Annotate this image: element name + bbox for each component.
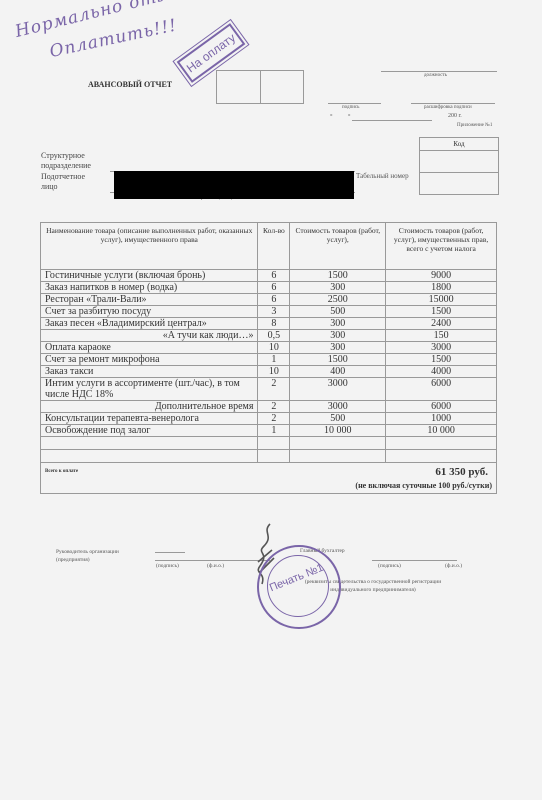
item-total: 150 [386, 330, 497, 342]
item-total: 15000 [386, 294, 497, 306]
date-line [352, 120, 432, 121]
item-name: Заказ песен «Владимирский централ» [41, 318, 258, 330]
item-name: Гостиничные услуги (включая бронь) [41, 270, 258, 282]
table-row: Заказ такси104004000 [41, 366, 497, 378]
item-name: Консультации терапевта-венеролога [41, 413, 258, 425]
item-total: 1500 [386, 354, 497, 366]
item-qty: 10 [258, 342, 290, 354]
head-short-line [155, 552, 185, 553]
item-name: Счет за разбитую посуду [41, 306, 258, 318]
table-row: Заказ песен «Владимирский централ»830024… [41, 318, 497, 330]
item-name: Интим услуги в ассортименте (шт./час), в… [41, 378, 258, 401]
total-note: (не включая суточные 100 руб./сутки) [355, 480, 492, 491]
table-row-empty [41, 437, 497, 450]
table-row: Ресторан «Трали-Вали»6250015000 [41, 294, 497, 306]
accountant-sign-caption: (подпись) [378, 563, 401, 569]
item-qty: 2 [258, 401, 290, 413]
head-label: Руководитель организации (предприятия) [56, 548, 146, 564]
item-qty: 2 [258, 378, 290, 401]
col-header-name: Наименование товара (описание выполненны… [41, 223, 258, 270]
item-name: «А тучи как люди…» [41, 330, 258, 342]
total-sum: 61 350 руб. [435, 467, 488, 478]
col-header-price: Стоимость товаров (работ, услуг), [290, 223, 386, 270]
item-total: 1800 [386, 282, 497, 294]
head-fio-caption: (ф.и.о.) [207, 563, 224, 569]
date-quote-close: » [348, 113, 351, 118]
total-row: Всего к оплате 61 350 руб. (не включая с… [41, 463, 497, 494]
item-total: 10 000 [386, 425, 497, 437]
department-label: Структурное подразделение [41, 151, 101, 171]
item-name: Оплата караоке [41, 342, 258, 354]
item-price: 500 [290, 306, 386, 318]
item-price: 1500 [290, 270, 386, 282]
item-price: 10 000 [290, 425, 386, 437]
item-total: 3000 [386, 342, 497, 354]
table-row: Интим услуги в ассортименте (шт./час), в… [41, 378, 497, 401]
table-row-empty [41, 450, 497, 463]
table-row: Консультации терапевта-венеролога2500100… [41, 413, 497, 425]
item-price: 300 [290, 282, 386, 294]
position-line [381, 71, 497, 72]
item-qty: 8 [258, 318, 290, 330]
item-total: 4000 [386, 366, 497, 378]
item-price: 300 [290, 330, 386, 342]
date-year: 200 г. [448, 113, 462, 119]
tab-number-label: Табельный номер [356, 172, 409, 180]
item-total: 6000 [386, 378, 497, 401]
accountant-fio-caption: (ф.и.о.) [445, 563, 462, 569]
item-qty: 1 [258, 425, 290, 437]
position-caption: должность [424, 73, 447, 78]
item-name: Счет за ремонт микрофона [41, 354, 258, 366]
item-total: 2400 [386, 318, 497, 330]
signature-decode-caption: расшифровка подписи [424, 105, 472, 110]
item-name: Заказ такси [41, 366, 258, 378]
approval-boxes [216, 70, 304, 104]
signature-caption: подпись [342, 105, 359, 110]
item-qty: 1 [258, 354, 290, 366]
col-header-qty: Кол-во [258, 223, 290, 270]
table-row: Оплата караоке103003000 [41, 342, 497, 354]
item-name: Заказ напитков в номер (водка) [41, 282, 258, 294]
date-quote-open: « [330, 113, 333, 118]
table-row: Счет за разбитую посуду35001500 [41, 306, 497, 318]
item-price: 3000 [290, 378, 386, 401]
item-total: 9000 [386, 270, 497, 282]
item-qty: 6 [258, 294, 290, 306]
item-qty: 2 [258, 413, 290, 425]
accountant-signature-line [372, 560, 457, 561]
item-qty: 3 [258, 306, 290, 318]
item-name: Ресторан «Трали-Вали» [41, 294, 258, 306]
item-qty: 0,5 [258, 330, 290, 342]
table-row: Заказ напитков в номер (водка)63001800 [41, 282, 497, 294]
item-price: 300 [290, 318, 386, 330]
redacted-name [114, 171, 354, 199]
item-price: 400 [290, 366, 386, 378]
item-total: 1000 [386, 413, 497, 425]
appendix-label: Приложение №1 [457, 123, 492, 128]
item-qty: 6 [258, 282, 290, 294]
item-price: 2500 [290, 294, 386, 306]
item-name: Дополнительное время [41, 401, 258, 413]
item-total: 1500 [386, 306, 497, 318]
item-qty: 6 [258, 270, 290, 282]
accountable-person-label: Подотчетное лицо [41, 172, 101, 192]
head-sign-caption: (подпись) [156, 563, 179, 569]
table-row: Счет за ремонт микрофона115001500 [41, 354, 497, 366]
code-label: Код [420, 138, 498, 151]
table-row: «А тучи как люди…»0,5300150 [41, 330, 497, 342]
item-price: 500 [290, 413, 386, 425]
table-header-row: Наименование товара (описание выполненны… [41, 223, 497, 270]
item-price: 1500 [290, 354, 386, 366]
code-box: Код [419, 137, 499, 195]
table-row: Гостиничные услуги (включая бронь)615009… [41, 270, 497, 282]
document-title: АВАНСОВЫЙ ОТЧЕТ [88, 80, 172, 89]
item-price: 3000 [290, 401, 386, 413]
item-total: 6000 [386, 401, 497, 413]
col-header-total: Стоимость товаров (работ, услуг), имущес… [386, 223, 497, 270]
expense-table: Наименование товара (описание выполненны… [40, 222, 497, 494]
table-row: Освобождение под залог110 00010 000 [41, 425, 497, 437]
item-qty: 10 [258, 366, 290, 378]
signature-line [328, 103, 381, 104]
signature-decode-line [411, 103, 495, 104]
item-price: 300 [290, 342, 386, 354]
table-row: Дополнительное время230006000 [41, 401, 497, 413]
item-name: Освобождение под залог [41, 425, 258, 437]
total-label: Всего к оплате [45, 466, 78, 477]
